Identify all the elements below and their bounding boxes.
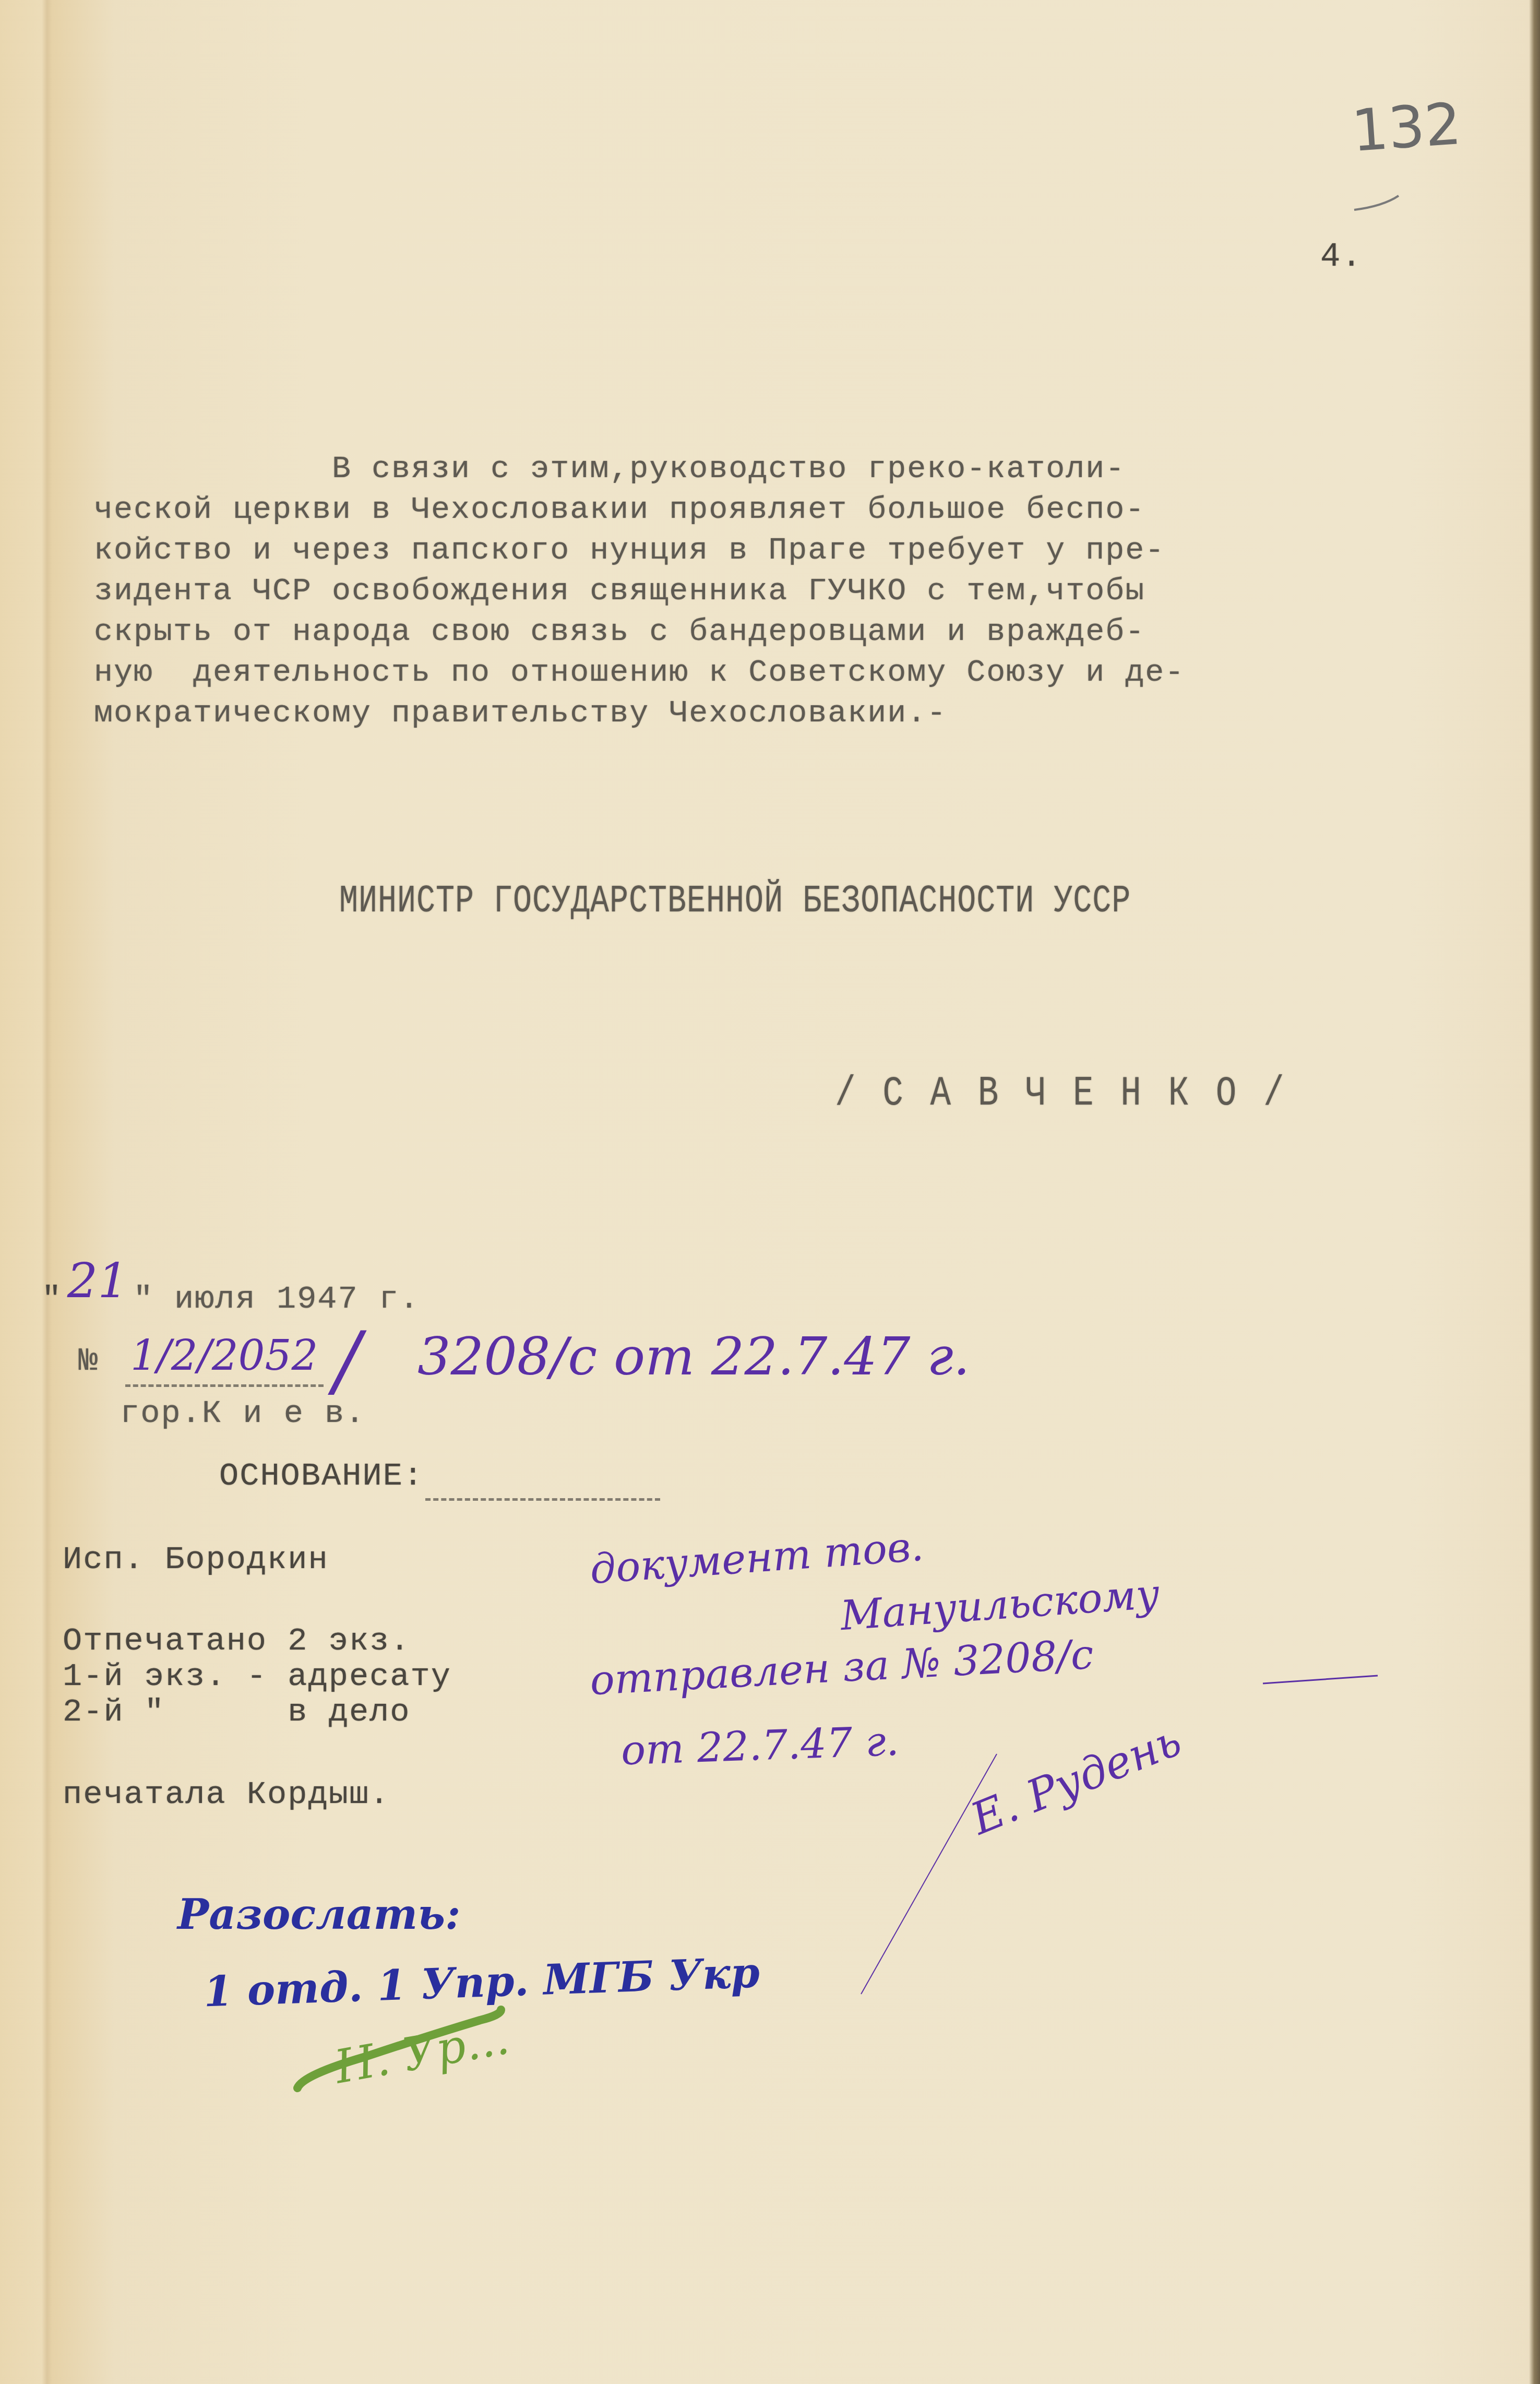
document-page: 132 4. В связи с этим,руководство греко-…: [0, 0, 1540, 2384]
basis-blank-line: [425, 1498, 660, 1501]
number-underline: [125, 1384, 324, 1387]
body-line: ную деятельность по отношению к Советско…: [94, 653, 1185, 693]
page-number: 4.: [1320, 238, 1363, 277]
violet-signature-stroke: [590, 1524, 1372, 1994]
copies-line: 2-й " в дело: [63, 1694, 451, 1730]
folio-number: 132: [1350, 90, 1463, 164]
outgoing-number-handwritten: 1/2/2052: [130, 1331, 318, 1380]
signature-title: МИНИСТР ГОСУДАРСТВЕННОЙ БЕЗОПАСНОСТИ УСС…: [339, 877, 1131, 927]
body-line: В связи с этим,руководство греко-католи-: [94, 449, 1185, 490]
date-day-handwritten: 21: [67, 1253, 128, 1309]
copies-block: Отпечатано 2 экз. 1-й экз. - адресату 2-…: [63, 1623, 451, 1730]
body-line: мократическому правительству Чехословаки…: [94, 693, 1185, 734]
copies-line: Отпечатано 2 экз.: [63, 1623, 451, 1659]
violet-note: документ тов. Мануильскому отправлен за …: [590, 1524, 1372, 1890]
typist: печатала Кордыш.: [63, 1775, 390, 1814]
distribution-note-line: Разослать:: [177, 1890, 460, 1939]
body-line: ческой церкви в Чехословакии проявляет б…: [94, 490, 1185, 530]
executor: Исп. Бородкин: [63, 1540, 329, 1580]
copies-line: 1-й экз. - адресату: [63, 1659, 451, 1694]
number-sign: №: [78, 1342, 99, 1381]
folio-dash: [1352, 193, 1414, 214]
date-month-year: " июля 1947 г.: [134, 1280, 420, 1318]
city: гор.К и е в.: [120, 1394, 365, 1433]
body-line: скрыть от народа свою связь с бандеровца…: [94, 612, 1185, 653]
body-line: зидента ЧСР освобождения священника ГУЧК…: [94, 571, 1185, 612]
date-line: " 21 " июля 1947 г.: [42, 1263, 420, 1319]
signature-name: / С А В Ч Е Н К О /: [835, 1070, 1287, 1118]
incoming-reference-handwritten: 3208/с от 22.7.47 г.: [417, 1326, 970, 1387]
body-paragraph: В связи с этим,руководство греко-католи-…: [94, 449, 1185, 734]
reference-separator: /: [334, 1315, 361, 1406]
date-quote-open: ": [42, 1280, 62, 1318]
basis-label: ОСНОВАНИЕ:: [219, 1456, 424, 1496]
body-line: койство и через папского нунция в Праге …: [94, 530, 1185, 571]
